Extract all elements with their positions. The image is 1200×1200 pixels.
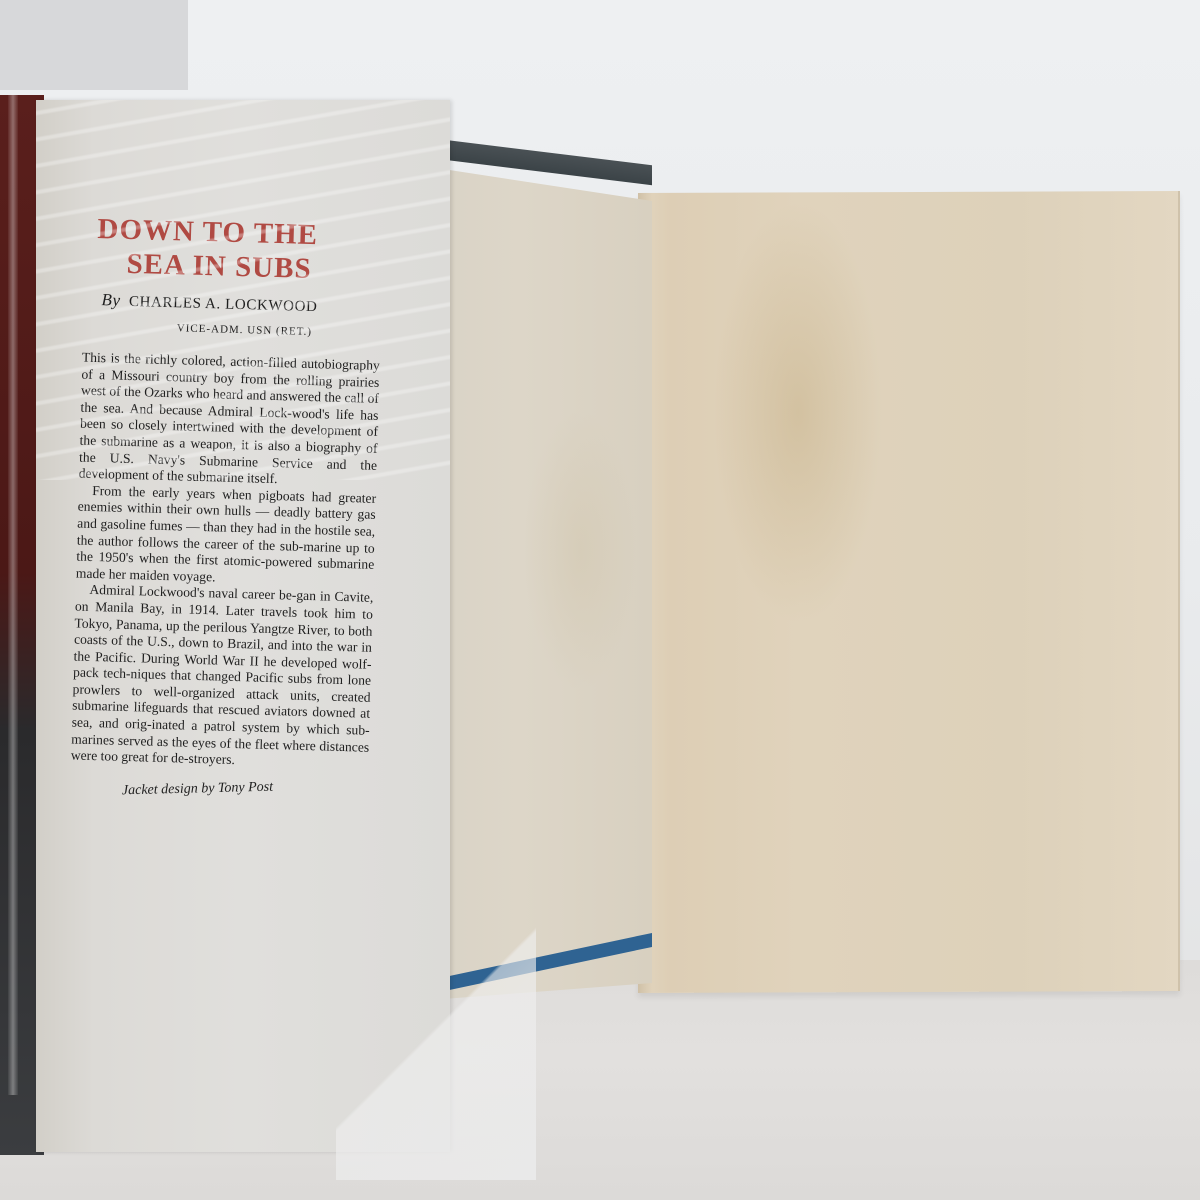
flap-blurb: This is the richly colored, action-fille… xyxy=(71,350,380,773)
book-title: Down to the Sea in Subs xyxy=(96,212,386,288)
background-panel xyxy=(0,0,188,90)
free-endpaper-page xyxy=(638,191,1180,993)
mylar-spine-reflection xyxy=(8,95,18,1095)
pastedown-endpaper xyxy=(430,150,652,1000)
blurb-paragraph: This is the richly colored, action-fille… xyxy=(78,350,380,491)
flap-text-block: Down to the Sea in Subs By CHARLES A. LO… xyxy=(82,212,386,801)
blurb-paragraph: Admiral Lockwood's naval career be-gan i… xyxy=(71,582,374,773)
by-label: By xyxy=(101,290,121,310)
author-name: CHARLES A. LOCKWOOD xyxy=(129,294,318,315)
author-rank: VICE-ADM. USN (RET.) xyxy=(95,320,383,340)
blurb-paragraph: From the early years when pigboats had g… xyxy=(76,482,377,590)
mylar-fold-corner xyxy=(336,920,536,1180)
book-title-line-2: Sea in Subs xyxy=(96,246,385,288)
author-byline: By CHARLES A. LOCKWOOD xyxy=(95,290,383,318)
jacket-design-credit: Jacket design by Tony Post xyxy=(82,777,370,800)
front-board xyxy=(430,150,652,1010)
